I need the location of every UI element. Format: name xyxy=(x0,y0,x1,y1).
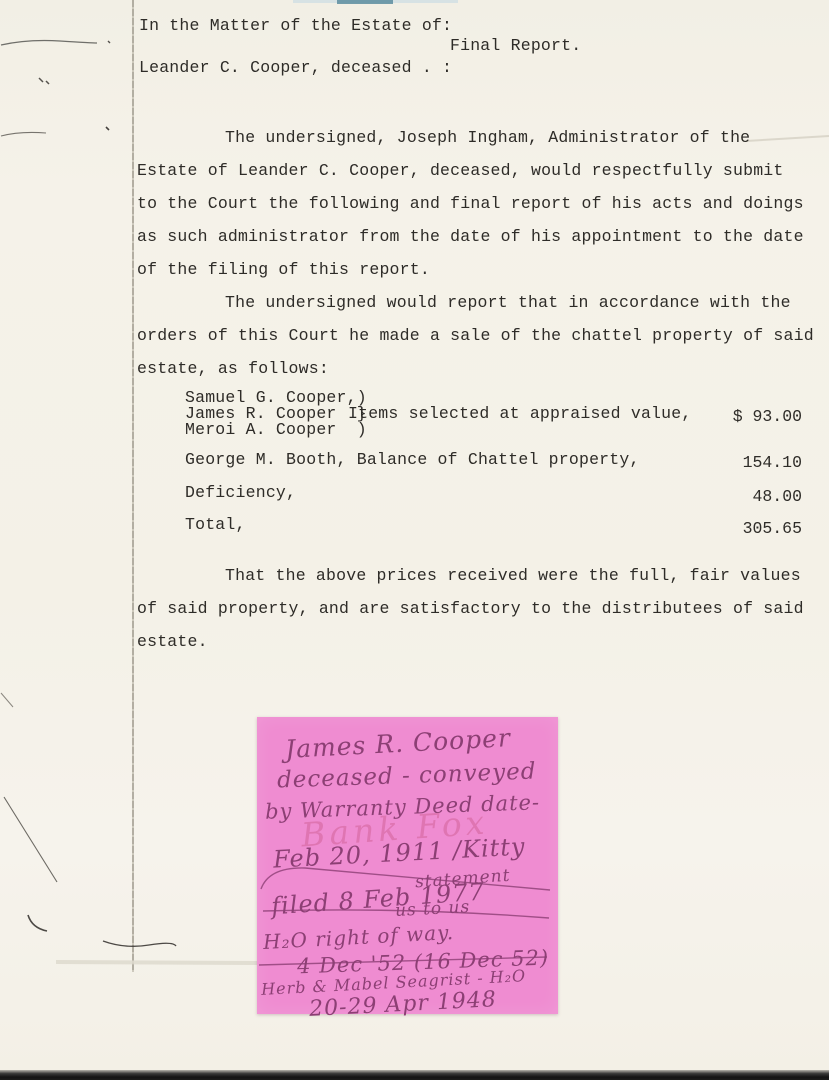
paragraph3-line: of said property, and are satisfactory t… xyxy=(137,599,804,619)
scanner-top-edge-artifact-dark xyxy=(337,0,393,4)
scanner-bottom-edge xyxy=(0,1070,829,1080)
crease-diagonal-bottom-left xyxy=(4,797,57,882)
paragraph1-line: of the filing of this report. xyxy=(137,260,430,280)
pink-sticky-note: James R. Cooper deceased - conveyed by W… xyxy=(257,717,558,1014)
sale-group-amount: $ 93.00 xyxy=(733,407,802,426)
paragraph2-line: The undersigned would report that in acc… xyxy=(137,293,791,313)
paragraph1-line: to the Court the following and final rep… xyxy=(137,194,804,214)
pencil-dots xyxy=(39,78,49,84)
caption-decedent-line: Leander C. Cooper, deceased . : xyxy=(139,58,452,78)
fold-shadow-band xyxy=(56,962,258,963)
paragraph2-line: estate, as follows: xyxy=(137,359,329,379)
paragraph3-line: That the above prices received were the … xyxy=(137,566,801,586)
sale-group-description: Items selected at appraised value, xyxy=(348,404,691,424)
crease-wavy-mark xyxy=(103,941,176,946)
sale-row-amount: 305.65 xyxy=(743,519,802,538)
paragraph1-line: as such administrator from the date of h… xyxy=(137,227,804,247)
pencil-dot-header xyxy=(108,41,110,43)
scanned-document-page: In the Matter of the Estate of: Final Re… xyxy=(0,0,829,1080)
crease-hook-mark xyxy=(28,915,47,931)
paragraph2-line: orders of this Court he made a sale of t… xyxy=(137,326,814,346)
crease-tick-left-edge xyxy=(1,693,13,707)
note-line-us-to-us: us to us xyxy=(395,897,471,921)
sale-group-name: Meroi A. Cooper ) xyxy=(185,422,367,438)
crease-mark-left xyxy=(1,132,46,136)
sale-row-label: George M. Booth, Balance of Chattel prop… xyxy=(185,450,640,470)
ruled-margin-line xyxy=(132,0,134,972)
caption-matter-line: In the Matter of the Estate of: xyxy=(139,16,452,36)
paragraph1-line: Estate of Leander C. Cooper, deceased, w… xyxy=(137,161,784,181)
crease-mark-top-left xyxy=(1,41,97,46)
crease-mark-right xyxy=(746,136,829,141)
sale-row-amount: 154.10 xyxy=(743,453,802,472)
pencil-dot xyxy=(106,127,109,130)
report-title: Final Report. xyxy=(450,36,581,56)
paragraph1-line: The undersigned, Joseph Ingham, Administ… xyxy=(137,128,750,148)
paragraph3-line: estate. xyxy=(137,632,208,652)
sale-row-label: Total, xyxy=(185,515,246,535)
sale-row-label: Deficiency, xyxy=(185,483,296,503)
sale-row-amount: 48.00 xyxy=(752,487,802,506)
